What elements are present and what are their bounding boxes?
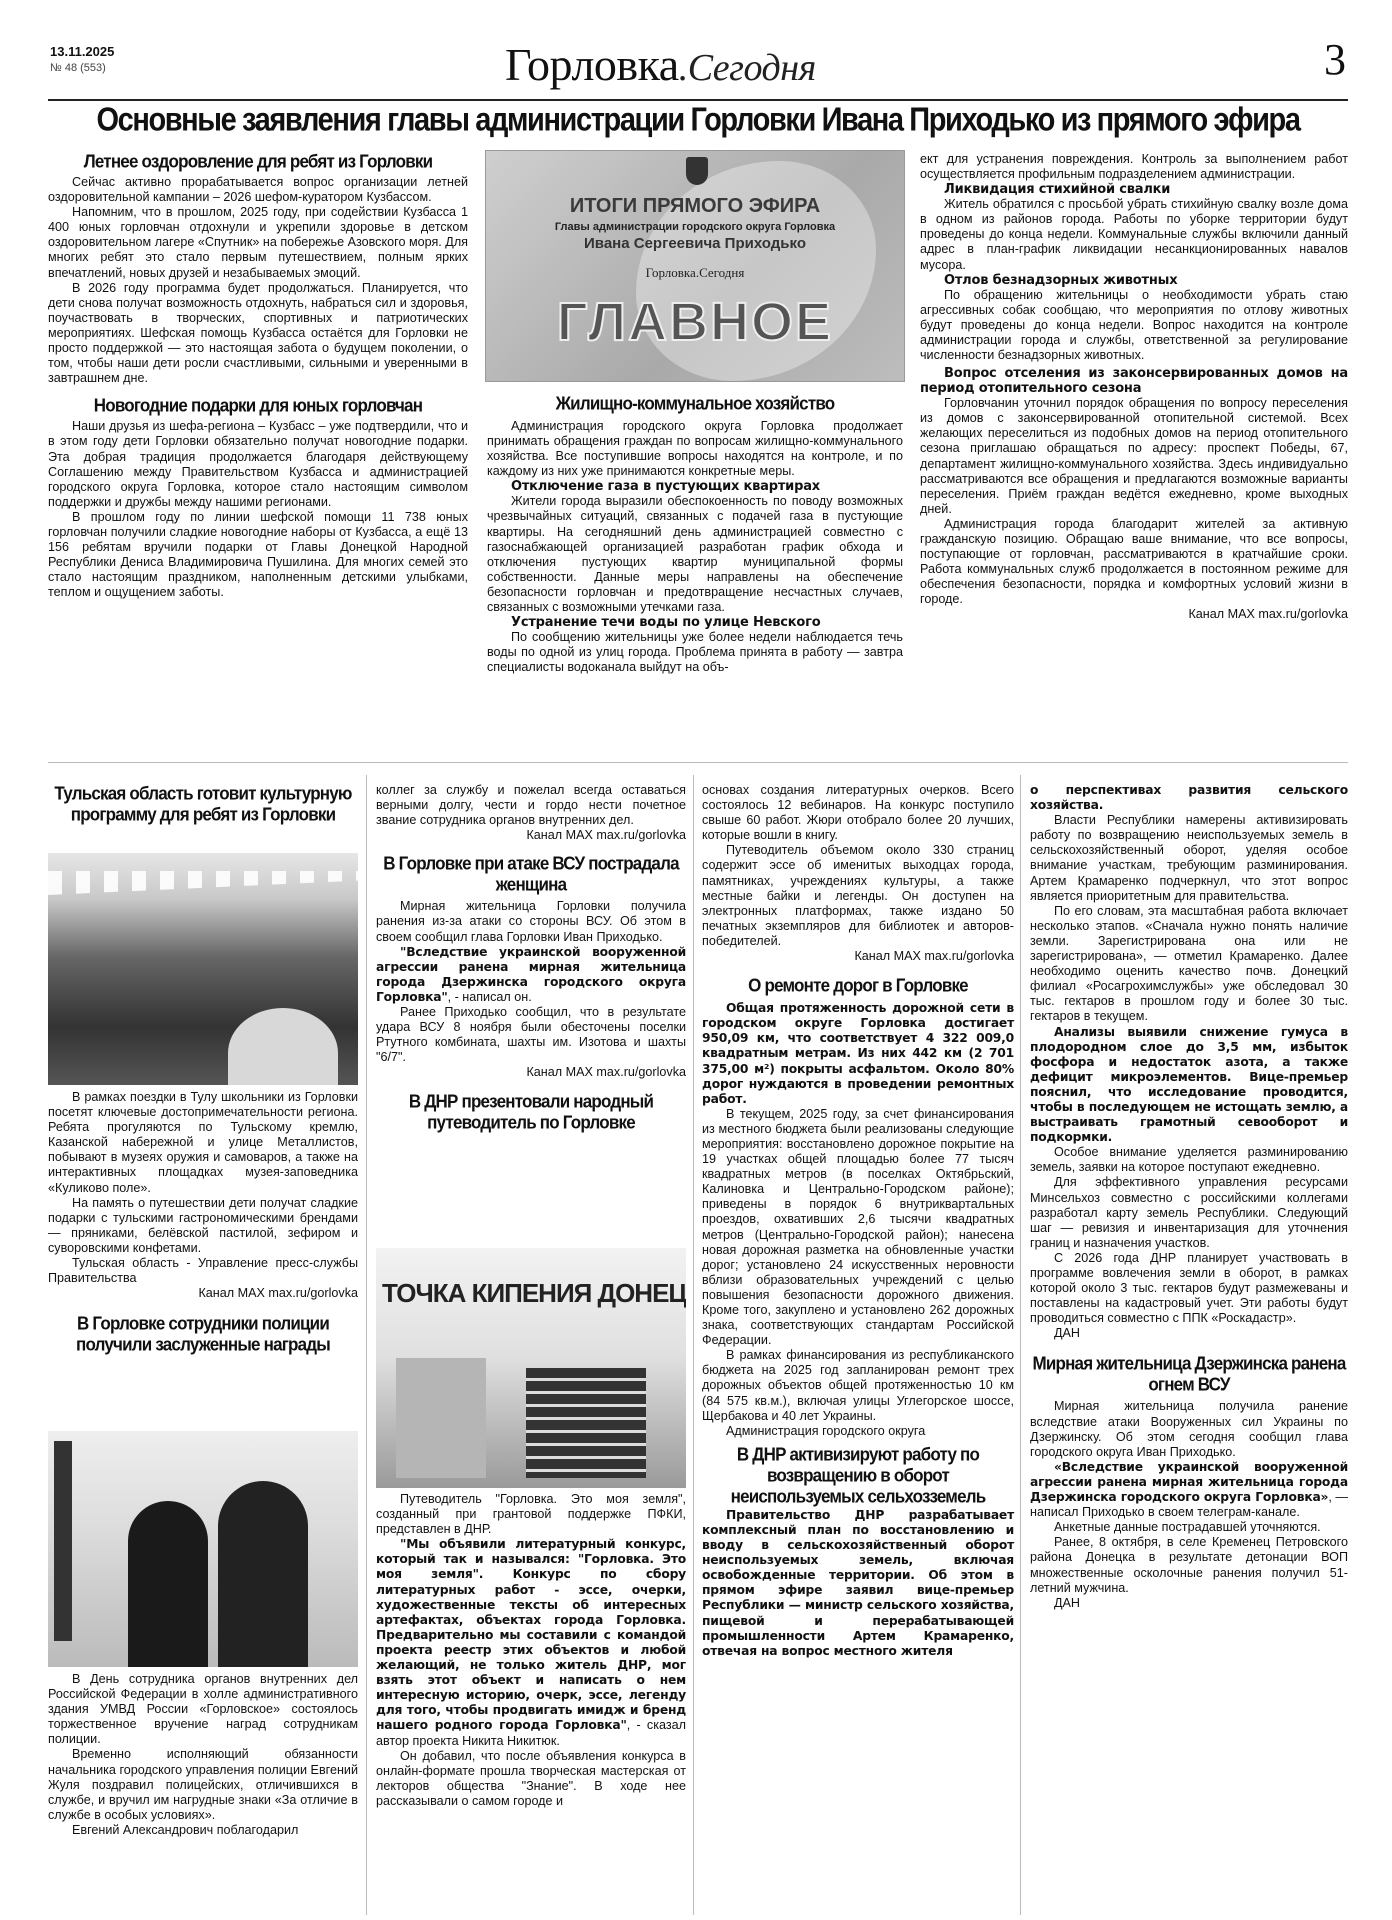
headline: В ДНР активизируют работу по возвращению…: [702, 1444, 1014, 1507]
issue-number: № 48 (553): [50, 62, 106, 74]
paragraph: Анкетные данные пострадавшей уточняются.: [1030, 1520, 1348, 1535]
paragraph: Наши друзья из шефа-региона – Кузбасс – …: [48, 419, 468, 510]
paragraph: Мирная жительница получила ранение вслед…: [1030, 1399, 1348, 1459]
paragraph: основах создания литературных очерков. В…: [702, 783, 1014, 843]
quote-paragraph: "Мы объявили литературный конкурс, котор…: [376, 1537, 686, 1748]
quote: «Вследствие украинской вооруженной агрес…: [1030, 1460, 1348, 1504]
column-4: о перспективах развития сельского хозяйс…: [1030, 783, 1348, 1611]
city-crest-icon: [686, 157, 708, 185]
issue-date: 13.11.2025: [50, 44, 114, 59]
book-stack: [526, 1368, 646, 1478]
paragraph: В текущем, 2025 году, за счет финансиров…: [702, 1107, 1014, 1349]
paragraph: коллег за службу и пожелал всегда остава…: [376, 783, 686, 828]
page-banner-headline: Основные заявления главы администрации Г…: [40, 102, 1356, 140]
headline: Жилищно-коммунальное хозяйство: [487, 393, 903, 414]
paragraph: Напомним, что в прошлом, 2025 году, при …: [48, 205, 468, 280]
paragraph: По его словам, эта масштабная работа вкл…: [1030, 904, 1348, 1025]
paragraph: Администрация городского округа Горловка…: [487, 419, 903, 479]
flag: [54, 1441, 72, 1641]
quote-paragraph: «Вследствие украинской вооруженной агрес…: [1030, 1460, 1348, 1520]
gift-bag: [396, 1358, 486, 1478]
paragraph: С 2026 года ДНР планирует участвовать в …: [1030, 1251, 1348, 1326]
photo-guidebook-presentation: ТОЧКА КИПЕНИЯ ДОНЕЦК: [376, 1248, 686, 1488]
article-housing: Жилищно-коммунальное хозяйство Администр…: [487, 392, 903, 675]
paragraph: Он добавил, что после объявления конкурс…: [376, 1749, 686, 1809]
paragraph: Житель обратился с просьбой убрать стихи…: [920, 197, 1348, 272]
paragraph: В 2026 году программа будет продолжаться…: [48, 281, 468, 387]
column-3: основах создания литературных очерков. В…: [702, 783, 1014, 1659]
source-credit: Канал MAX max.ru/gorlovka: [920, 607, 1348, 622]
source-credit: Канал MAX max.ru/gorlovka: [376, 1065, 686, 1080]
quote: "Мы объявили литературный конкурс, котор…: [376, 1537, 686, 1732]
subheading: Устранение течи воды по улице Невского: [487, 615, 903, 630]
paragraph: Жители города выразили обеспокоенность п…: [487, 494, 903, 615]
column-rule: [1020, 775, 1021, 1915]
headline: Тульская область готовит культурную прог…: [48, 783, 358, 825]
quote-paragraph: "Вследствие украинской вооруженной агрес…: [376, 945, 686, 1005]
headline: Мирная жительница Дзержинска ранена огне…: [1030, 1354, 1348, 1396]
headline: В Горловке при атаке ВСУ пострадала женщ…: [376, 853, 686, 895]
bold-paragraph: Анализы выявили снижение гумуса в плодор…: [1030, 1025, 1348, 1146]
lead-paragraph: Общая протяженность дорожной сети в горо…: [702, 1001, 1014, 1107]
paragraph: Ранее Приходько сообщил, что в результат…: [376, 1005, 686, 1065]
paragraph: На память о путешествии дети получат сла…: [48, 1196, 358, 1256]
paragraph: В прошлом году по линии шефской помощи 1…: [48, 510, 468, 601]
officer-left: [128, 1501, 208, 1667]
column-2: коллег за службу и пожелал всегда остава…: [376, 783, 686, 1135]
page-number: 3: [1324, 34, 1346, 85]
paragraph: Евгений Александрович поблагодарил: [48, 1823, 358, 1838]
paragraph: Для эффективного управления ресурсами Ми…: [1030, 1175, 1348, 1250]
paragraph: Временно исполняющий обязанности начальн…: [48, 1747, 358, 1822]
article-guidebook-body: Путеводитель "Горловка. Это моя земля", …: [376, 1492, 686, 1809]
article-tula-body: В рамках поездки в Тулу школьники из Гор…: [48, 1090, 358, 1357]
newspaper-title: Горловка.Сегодня: [505, 38, 816, 95]
paragraph: Администрация города благодарит жителей …: [920, 517, 1348, 608]
title-main: Горловка: [505, 39, 679, 90]
paragraph: Путеводитель "Горловка. Это моя земля", …: [376, 1492, 686, 1537]
title-script: .Сегодня: [679, 47, 816, 89]
officer-right: [218, 1481, 308, 1667]
source-credit: Канал MAX max.ru/gorlovka: [702, 949, 1014, 964]
column-rule: [693, 775, 694, 1915]
paragraph: Особое внимание уделяется разминированию…: [1030, 1145, 1348, 1175]
signature: ДАН: [1030, 1596, 1348, 1611]
quote-tail: , - написал он.: [448, 990, 532, 1004]
paragraph: В рамках финансирования из республиканск…: [702, 1348, 1014, 1423]
paragraph: По обращению жительницы о необходимости …: [920, 288, 1348, 363]
headline: Новогодние подарки для юных горловчан: [48, 395, 468, 416]
lead-paragraph: о перспективах развития сельского хозяйс…: [1030, 783, 1348, 813]
paragraph: Сейчас активно прорабатывается вопрос ор…: [48, 175, 468, 205]
paragraph: В рамках поездки в Тулу школьники из Гор…: [48, 1090, 358, 1196]
subheading: Отлов безнадзорных животных: [920, 273, 1348, 288]
article-housing-continued: ект для устранения повреждения. Контроль…: [920, 152, 1348, 623]
headline: О ремонте дорог в Горловке: [702, 975, 1014, 996]
paragraph: По сообщению жительницы уже более недели…: [487, 630, 903, 675]
source-credit: Канал MAX max.ru/gorlovka: [48, 1286, 358, 1301]
signature: ДАН: [1030, 1326, 1348, 1341]
article-summer-health: Летнее оздоровление для ребят из Горловк…: [48, 150, 468, 600]
source-credit: Администрация городского округа: [702, 1424, 1014, 1439]
lead-paragraph: Правительство ДНР разрабатывает комплекс…: [702, 1508, 1014, 1659]
column-rule: [366, 775, 367, 1915]
promo-logo: Горловка.Сегодня: [486, 265, 904, 281]
subheading: Вопрос отселения из законсервированных д…: [920, 366, 1348, 396]
paragraph: Путеводитель объемом около 330 страниц с…: [702, 843, 1014, 949]
section-divider: [48, 762, 1348, 763]
paragraph: ект для устранения повреждения. Контроль…: [920, 152, 1348, 182]
subheading: Ликвидация стихийной свалки: [920, 182, 1348, 197]
headline: В ДНР презентовали народный путеводитель…: [376, 1091, 686, 1133]
paragraph: В День сотрудника органов внутренних дел…: [48, 1672, 358, 1747]
subheading: Отключение газа в пустующих квартирах: [487, 479, 903, 494]
photo-sign-text: ТОЧКА КИПЕНИЯ ДОНЕЦК: [382, 1278, 686, 1309]
article-police-body: В День сотрудника органов внутренних дел…: [48, 1672, 358, 1838]
bunting-flags: [48, 871, 358, 895]
live-broadcast-promo-image: ИТОГИ ПРЯМОГО ЭФИРА Главы администрации …: [485, 150, 905, 382]
paragraph: Мирная жительница Горловки получила ране…: [376, 899, 686, 944]
paragraph: Тульская область - Управление пресс-служ…: [48, 1256, 358, 1286]
promo-title: ИТОГИ ПРЯМОГО ЭФИРА: [486, 195, 904, 218]
promo-name: Ивана Сергеевича Приходько: [486, 235, 904, 252]
paragraph: Горловчанин уточнил порядок обращения по…: [920, 396, 1348, 517]
paragraph: Ранее, 8 октября, в селе Кременец Петров…: [1030, 1535, 1348, 1595]
promo-subtitle: Главы администрации городского округа Го…: [486, 221, 904, 233]
paragraph: Власти Республики намерены активизироват…: [1030, 813, 1348, 904]
photo-police-award: [48, 1431, 358, 1667]
photo-children-group: [48, 853, 358, 1085]
selfie-face: [228, 1008, 338, 1085]
headline: В Горловке сотрудники полиции получили з…: [48, 1313, 358, 1355]
headline: Летнее оздоровление для ребят из Горловк…: [48, 151, 468, 172]
promo-main-word: ГЛАВНОЕ: [486, 291, 904, 353]
article-tula: Тульская область готовит культурную прог…: [48, 783, 358, 827]
source-credit: Канал MAX max.ru/gorlovka: [376, 828, 686, 843]
